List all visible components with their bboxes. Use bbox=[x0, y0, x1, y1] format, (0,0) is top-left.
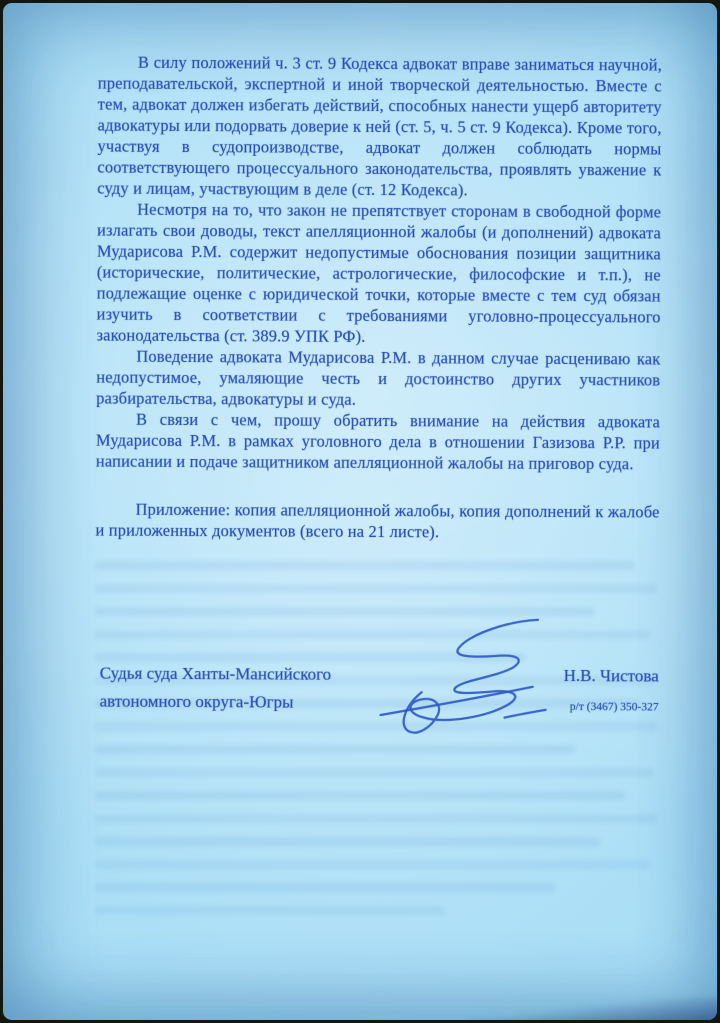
bleed-line bbox=[95, 561, 635, 570]
handwritten-signature-icon bbox=[377, 605, 553, 741]
document-photo: В силу положений ч. 3 ст. 9 Кодекса адво… bbox=[0, 0, 720, 1023]
paragraph-conduct-assessment: Поведение адвоката Мударисова Р.М. в дан… bbox=[96, 346, 660, 412]
scanned-page: В силу положений ч. 3 ст. 9 Кодекса адво… bbox=[3, 3, 717, 1020]
signer-identity: Н.В. Чистова р/т (3467) 350-327 bbox=[563, 666, 658, 713]
bleed-line bbox=[95, 814, 657, 823]
signer-position: Судья суда Ханты-Мансийского автономного… bbox=[100, 660, 332, 717]
paragraph-request-attention: В связи с чем, прошу обратить внимание н… bbox=[96, 409, 660, 475]
bleed-line bbox=[95, 837, 600, 846]
paragraph-code-provisions: В силу положений ч. 3 ст. 9 Кодекса адво… bbox=[97, 52, 662, 202]
signer-phone: р/т (3467) 350-327 bbox=[563, 701, 658, 713]
document-body: В силу положений ч. 3 ст. 9 Кодекса адво… bbox=[95, 52, 662, 544]
signer-position-line1: Судья суда Ханты-Мансийского bbox=[100, 660, 332, 689]
bleed-line bbox=[95, 860, 650, 869]
signature-block: Судья суда Ханты-Мансийского автономного… bbox=[94, 602, 659, 755]
paragraph-appeal-text: Несмотря на то, что закон не препятствуе… bbox=[96, 199, 661, 349]
bleed-line bbox=[95, 791, 625, 800]
bleed-line bbox=[95, 584, 657, 593]
signer-position-line2: автономного округа-Югры bbox=[100, 688, 332, 717]
bleed-line bbox=[95, 883, 555, 892]
document-content: В силу положений ч. 3 ст. 9 Кодекса адво… bbox=[95, 52, 662, 544]
bleed-line bbox=[95, 906, 445, 915]
signer-name: Н.В. Чистова bbox=[564, 666, 659, 686]
attachment-note: Приложение: копия апелляционной жалобы, … bbox=[95, 499, 659, 544]
bleed-line bbox=[95, 768, 653, 777]
